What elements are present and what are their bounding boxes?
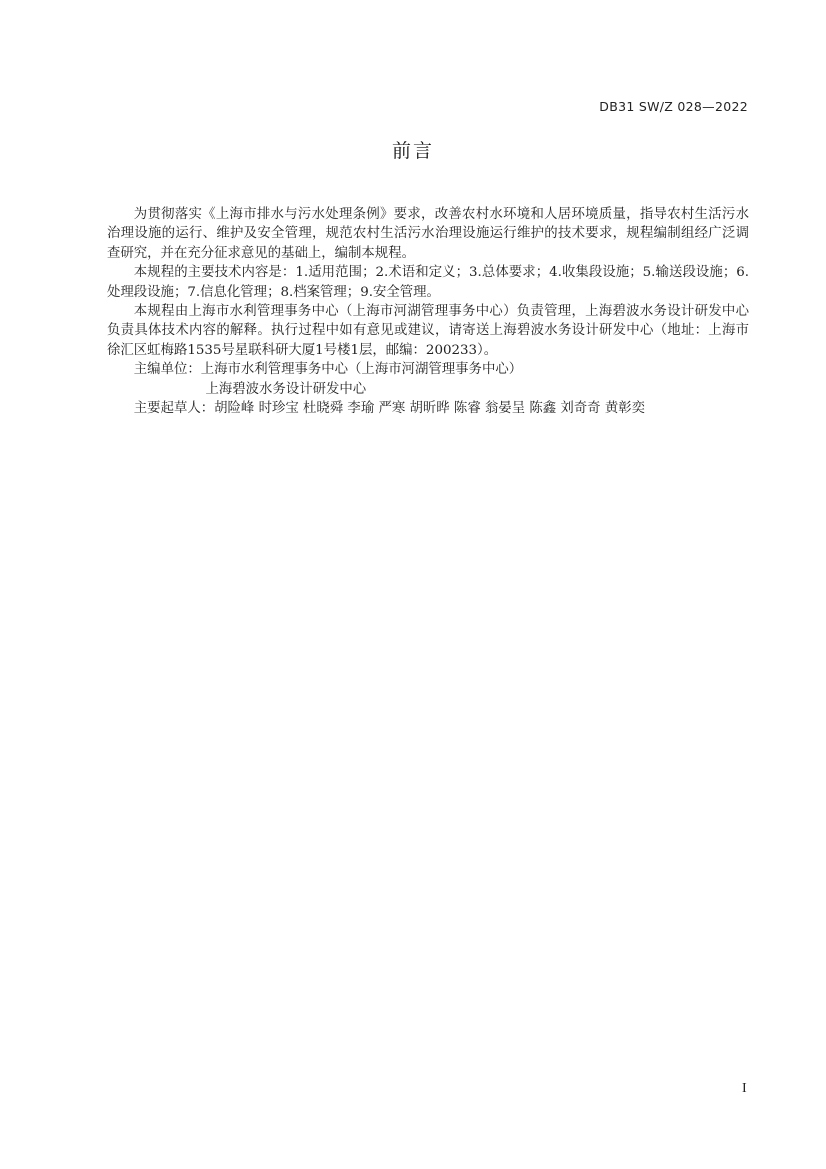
paragraph-purpose: 为贯彻落实《上海市排水与污水处理条例》要求，改善农村水环境和人居环境质量，指导农… xyxy=(107,205,749,263)
paragraph-drafters: 主要起草人：胡险峰 时珍宝 杜晓舜 李瑜 严寒 胡昕晔 陈睿 翁晏呈 陈鑫 刘奇… xyxy=(107,399,749,418)
preface-body: 为贯彻落实《上海市排水与污水处理条例》要求，改善农村水环境和人居环境质量，指导农… xyxy=(107,205,749,418)
paragraph-contents: 本规程的主要技术内容是：1.适用范围；2.术语和定义；3.总体要求；4.收集段设… xyxy=(107,263,749,302)
paragraph-chief-editor: 主编单位：上海市水利管理事务中心（上海市河湖管理事务中心） xyxy=(107,360,749,379)
page-title: 前言 xyxy=(0,136,826,163)
paragraph-management: 本规程由上海市水利管理事务中心（上海市河湖管理事务中心）负责管理，上海碧波水务设… xyxy=(107,302,749,360)
paragraph-co-editor: 上海碧波水务设计研发中心 xyxy=(107,380,749,399)
document-code: DB31 SW/Z 028—2022 xyxy=(599,99,748,114)
page-number: I xyxy=(742,1081,747,1097)
